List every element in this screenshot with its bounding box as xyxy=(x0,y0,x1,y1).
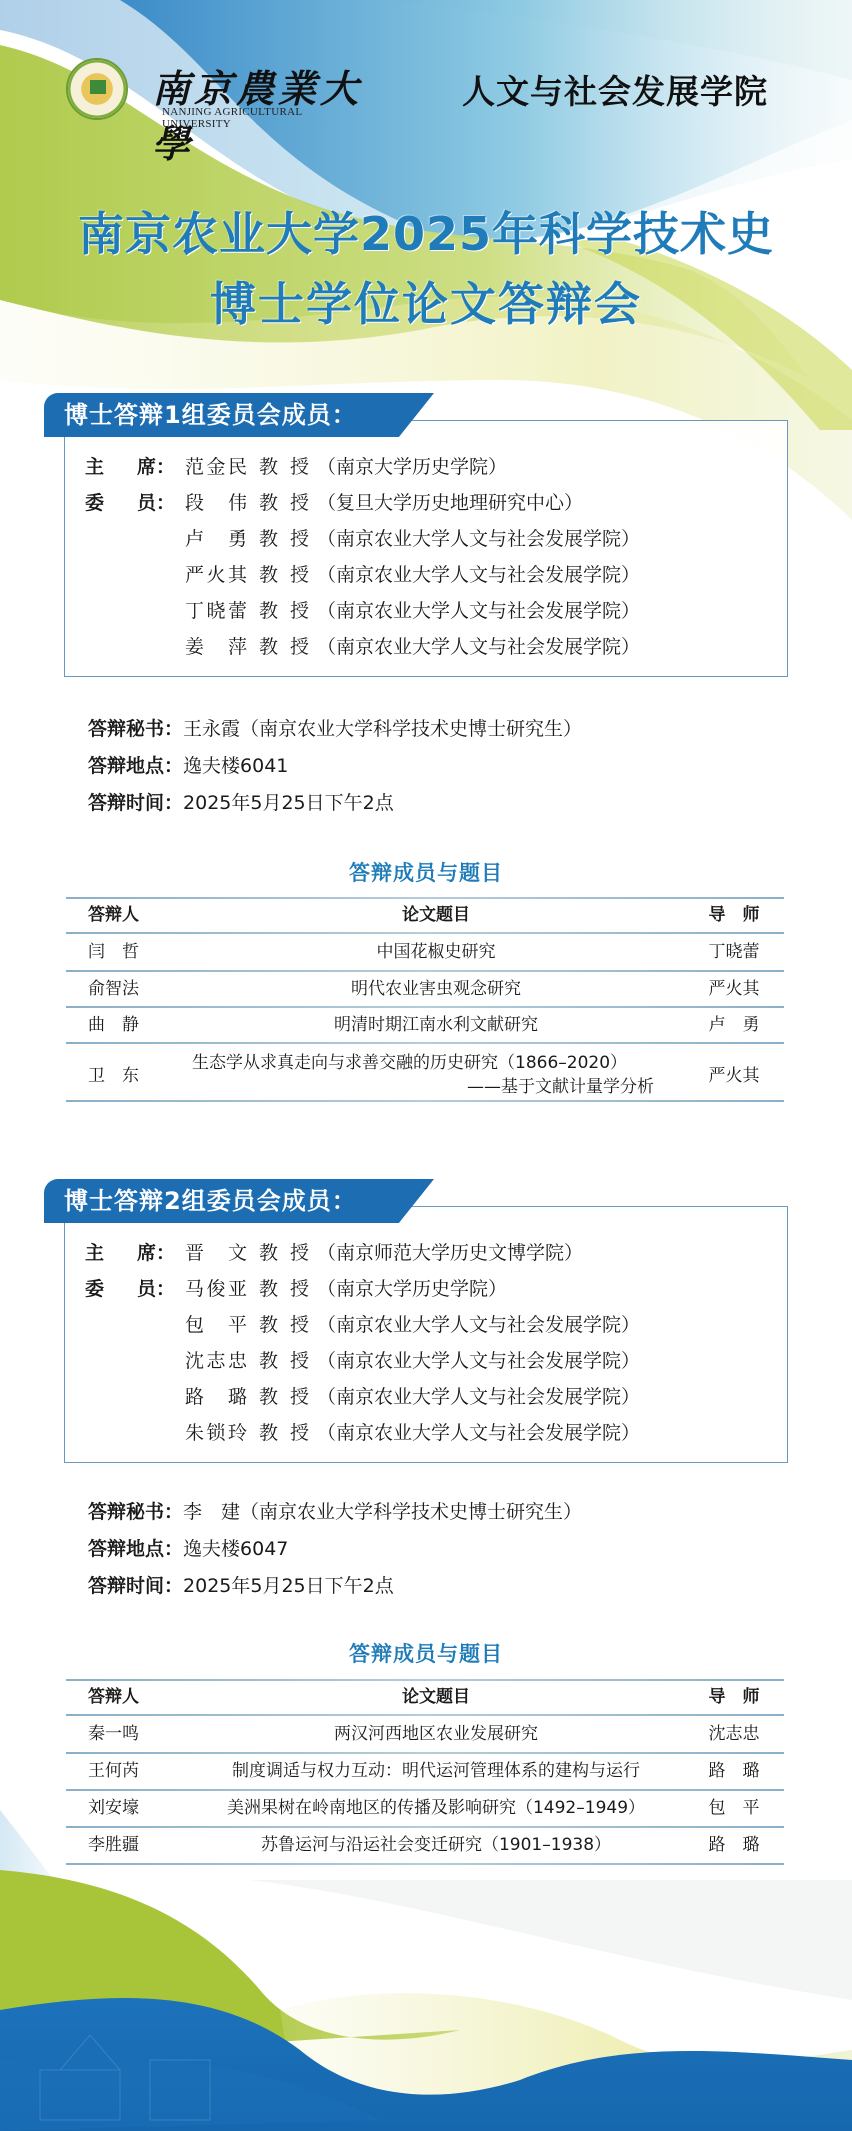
member-name: 范金民 xyxy=(185,449,247,485)
member-title: 教授 xyxy=(259,593,309,629)
member-affiliation: （南京师范大学历史文博学院） xyxy=(317,1235,583,1271)
table-header-row: 答辩人 论文题目 导 师 xyxy=(66,899,784,932)
page-title-line2: 博士学位论文答辩会 xyxy=(0,268,852,334)
table-row: 卫 东 生态学从求真走向与求善交融的历史研究（1866–2020） ——基于文献… xyxy=(66,1044,784,1100)
group1-secretary: 答辩秘书：王永霞（南京农业大学科学技术史博士研究生） xyxy=(88,711,582,747)
table-row: 俞智法 明代农业害虫观念研究 严火其 xyxy=(66,972,784,1006)
member-affiliation: （南京大学历史学院） xyxy=(317,449,507,485)
table-header-row: 答辩人 论文题目 导 师 xyxy=(66,1681,784,1714)
member-affiliation: （南京农业大学人文与社会发展学院） xyxy=(317,1343,640,1379)
member-affiliation: （南京农业大学人文与社会发展学院） xyxy=(317,557,640,593)
table-row: 秦一鸣 两汉河西地区农业发展研究 沈志忠 xyxy=(66,1716,784,1752)
member-name: 朱锁玲 xyxy=(185,1415,247,1451)
group2-heading: 博士答辩2组委员会成员： xyxy=(44,1179,434,1223)
college-name: 人文与社会发展学院 xyxy=(462,66,768,113)
member-name: 沈志忠 xyxy=(185,1343,247,1379)
member-title: 教授 xyxy=(259,557,309,593)
group2-secretary: 答辩秘书：李 建（南京农业大学科学技术史博士研究生） xyxy=(88,1494,582,1530)
member-affiliation: （南京农业大学人文与社会发展学院） xyxy=(317,1415,640,1451)
university-seal-icon xyxy=(66,58,128,120)
member-name: 丁晓蕾 xyxy=(185,593,247,629)
group1-time: 答辩时间：2025年5月25日下午2点 xyxy=(88,785,394,821)
member-name: 卢 勇 xyxy=(185,521,247,557)
university-logo: 南京農業大學 NANJING AGRICULTURAL UNIVERSITY xyxy=(66,56,366,126)
group2-time: 答辩时间：2025年5月25日下午2点 xyxy=(88,1568,394,1604)
member-affiliation: （南京农业大学人文与社会发展学院） xyxy=(317,1379,640,1415)
page-title-line1: 南京农业大学2025年科学技术史 xyxy=(0,198,852,264)
member-title: 教授 xyxy=(259,1379,309,1415)
member-name: 马俊亚 xyxy=(185,1271,247,1307)
group1-location: 答辩地点：逸夫楼6041 xyxy=(88,748,288,784)
member-affiliation: （南京农业大学人文与社会发展学院） xyxy=(317,521,640,557)
group2-location: 答辩地点：逸夫楼6047 xyxy=(88,1531,288,1567)
member-name: 路 璐 xyxy=(185,1379,247,1415)
group1-defense-table: 答辩人 论文题目 导 师 闫 哲 中国花椒史研究 丁晓蕾 俞智法 明代农业害虫观… xyxy=(66,897,784,1102)
member-title: 教授 xyxy=(259,449,309,485)
member-title: 教授 xyxy=(259,1343,309,1379)
member-name: 姜 萍 xyxy=(185,629,247,665)
member-title: 教授 xyxy=(259,1307,309,1343)
member-title: 教授 xyxy=(259,629,309,665)
member-title: 教授 xyxy=(259,521,309,557)
table-row: 刘安壕 美洲果树在岭南地区的传播及影响研究（1492–1949） 包 平 xyxy=(66,1791,784,1826)
group1-committee-box: 主席： 范金民 教授 （南京大学历史学院） 委员： 段 伟 教授 （复旦大学历史… xyxy=(64,420,788,677)
table-row: 闫 哲 中国花椒史研究 丁晓蕾 xyxy=(66,934,784,970)
member-affiliation: （南京农业大学人文与社会发展学院） xyxy=(317,629,640,665)
member-title: 教授 xyxy=(259,1271,309,1307)
table-row: 王何芮 制度调适与权力互动：明代运河管理体系的建构与运行 路 璐 xyxy=(66,1754,784,1789)
group2-committee-box: 主席： 晋 文 教授 （南京师范大学历史文博学院） 委员： 马俊亚 教授 （南京… xyxy=(64,1206,788,1463)
member-title: 教授 xyxy=(259,1415,309,1451)
group2-defense-table: 答辩人 论文题目 导 师 秦一鸣 两汉河西地区农业发展研究 沈志忠 王何芮 制度… xyxy=(66,1679,784,1865)
member-affiliation: （复旦大学历史地理研究中心） xyxy=(317,485,583,521)
member-title: 教授 xyxy=(259,1235,309,1271)
member-name: 严火其 xyxy=(185,557,247,593)
table-row: 曲 静 明清时期江南水利文献研究 卢 勇 xyxy=(66,1008,784,1042)
table-row: 李胜疆 苏鲁运河与沿运社会变迁研究（1901–1938） 路 璐 xyxy=(66,1828,784,1863)
group1-heading: 博士答辩1组委员会成员： xyxy=(44,393,434,437)
member-affiliation: （南京农业大学人文与社会发展学院） xyxy=(317,1307,640,1343)
member-name: 段 伟 xyxy=(185,485,247,521)
group1-table-heading: 答辩成员与题目 xyxy=(0,857,852,887)
group2-table-heading: 答辩成员与题目 xyxy=(0,1638,852,1668)
university-name-en: NANJING AGRICULTURAL UNIVERSITY xyxy=(162,106,366,130)
member-affiliation: （南京农业大学人文与社会发展学院） xyxy=(317,593,640,629)
member-affiliation: （南京大学历史学院） xyxy=(317,1271,507,1307)
member-name: 晋 文 xyxy=(185,1235,247,1271)
member-title: 教授 xyxy=(259,485,309,521)
member-name: 包 平 xyxy=(185,1307,247,1343)
